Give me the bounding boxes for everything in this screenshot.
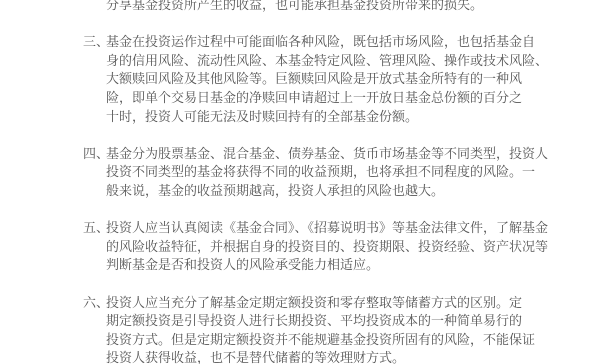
text-line: 大额赎回风险及其他风险等。巨额赎回风险是开放式基金所特有的一种风 [106,71,603,90]
risk-disclosure-document: 分享基金投资所产生的收益，也可能承担基金投资所带来的损失。 三、 基金在投资运作… [83,0,603,364]
text-line: 投资人应当充分了解基金定期定额投资和零存整取等储蓄方式的区别。定 [106,295,603,314]
paragraph-item-5: 五、 投资人应当认真阅读《基金合同》、《招募说明书》等基金法律文件，了解基金 的… [83,220,603,276]
paragraph-body: 投资人应当充分了解基金定期定额投资和零存整取等储蓄方式的区别。定 期定额投资是引… [106,295,603,364]
paragraph-body: 分享基金投资所产生的收益，也可能承担基金投资所带来的损失。 [106,0,603,16]
text-line: 十时，投资人可能无法及时赎回持有的全部基金份额。 [106,109,603,128]
paragraph-gap [83,276,603,295]
text-line: 期定额投资是引导投资人进行长期投资、平均投资成本的一种简单易行的 [106,313,603,332]
item-number: 三、 [83,34,109,53]
text-line: 险，即单个交易日基金的净赎回申请超过上一开放日基金总份额的百分之 [106,90,603,109]
paragraph-body: 投资人应当认真阅读《基金合同》、《招募说明书》等基金法律文件，了解基金 的风险收… [106,220,603,276]
item-number: 五、 [83,220,109,239]
paragraph-continuation: 分享基金投资所产生的收益，也可能承担基金投资所带来的损失。 [83,0,603,16]
text-line: 的风险收益特征，并根据自身的投资目的、投资期限、投资经验、资产状况等 [106,239,603,258]
paragraph-item-4: 四、 基金分为股票基金、混合基金、债券基金、货币市场基金等不同类型，投资人 投资… [83,146,603,202]
item-number: 四、 [83,146,109,165]
paragraph-gap [83,202,603,221]
text-line: 投资方式。但是定期定额投资并不能规避基金投资所固有的风险，不能保证 [106,332,603,351]
text-line: 判断基金是否和投资人的风险承受能力相适应。 [106,257,603,276]
paragraph-body: 基金分为股票基金、混合基金、债券基金、货币市场基金等不同类型，投资人 投资不同类… [106,146,603,202]
paragraph-gap [83,127,603,146]
text-line: 身的信用风险、流动性风险、本基金特定风险、管理风险、操作或技术风险、 [106,53,603,72]
paragraph-body: 基金在投资运作过程中可能面临各种风险，既包括市场风险，也包括基金自 身的信用风险… [106,34,603,127]
paragraph-gap [83,16,603,35]
text-line: 投资人获得收益，也不是替代储蓄的等效理财方式。 [106,350,603,364]
paragraph-item-3: 三、 基金在投资运作过程中可能面临各种风险，既包括市场风险，也包括基金自 身的信… [83,34,603,127]
text-line: 般来说，基金的收益预期越高，投资人承担的风险也越大。 [106,183,603,202]
text-line: 基金分为股票基金、混合基金、债券基金、货币市场基金等不同类型，投资人 [106,146,603,165]
item-number: 六、 [83,295,109,314]
text-line: 投资不同类型的基金将获得不同的收益预期，也将承担不同程度的风险。一 [106,164,603,183]
text-line: 投资人应当认真阅读《基金合同》、《招募说明书》等基金法律文件，了解基金 [106,220,603,239]
text-line: 分享基金投资所产生的收益，也可能承担基金投资所带来的损失。 [106,0,603,16]
paragraph-item-6: 六、 投资人应当充分了解基金定期定额投资和零存整取等储蓄方式的区别。定 期定额投… [83,295,603,364]
text-line: 基金在投资运作过程中可能面临各种风险，既包括市场风险，也包括基金自 [106,34,603,53]
